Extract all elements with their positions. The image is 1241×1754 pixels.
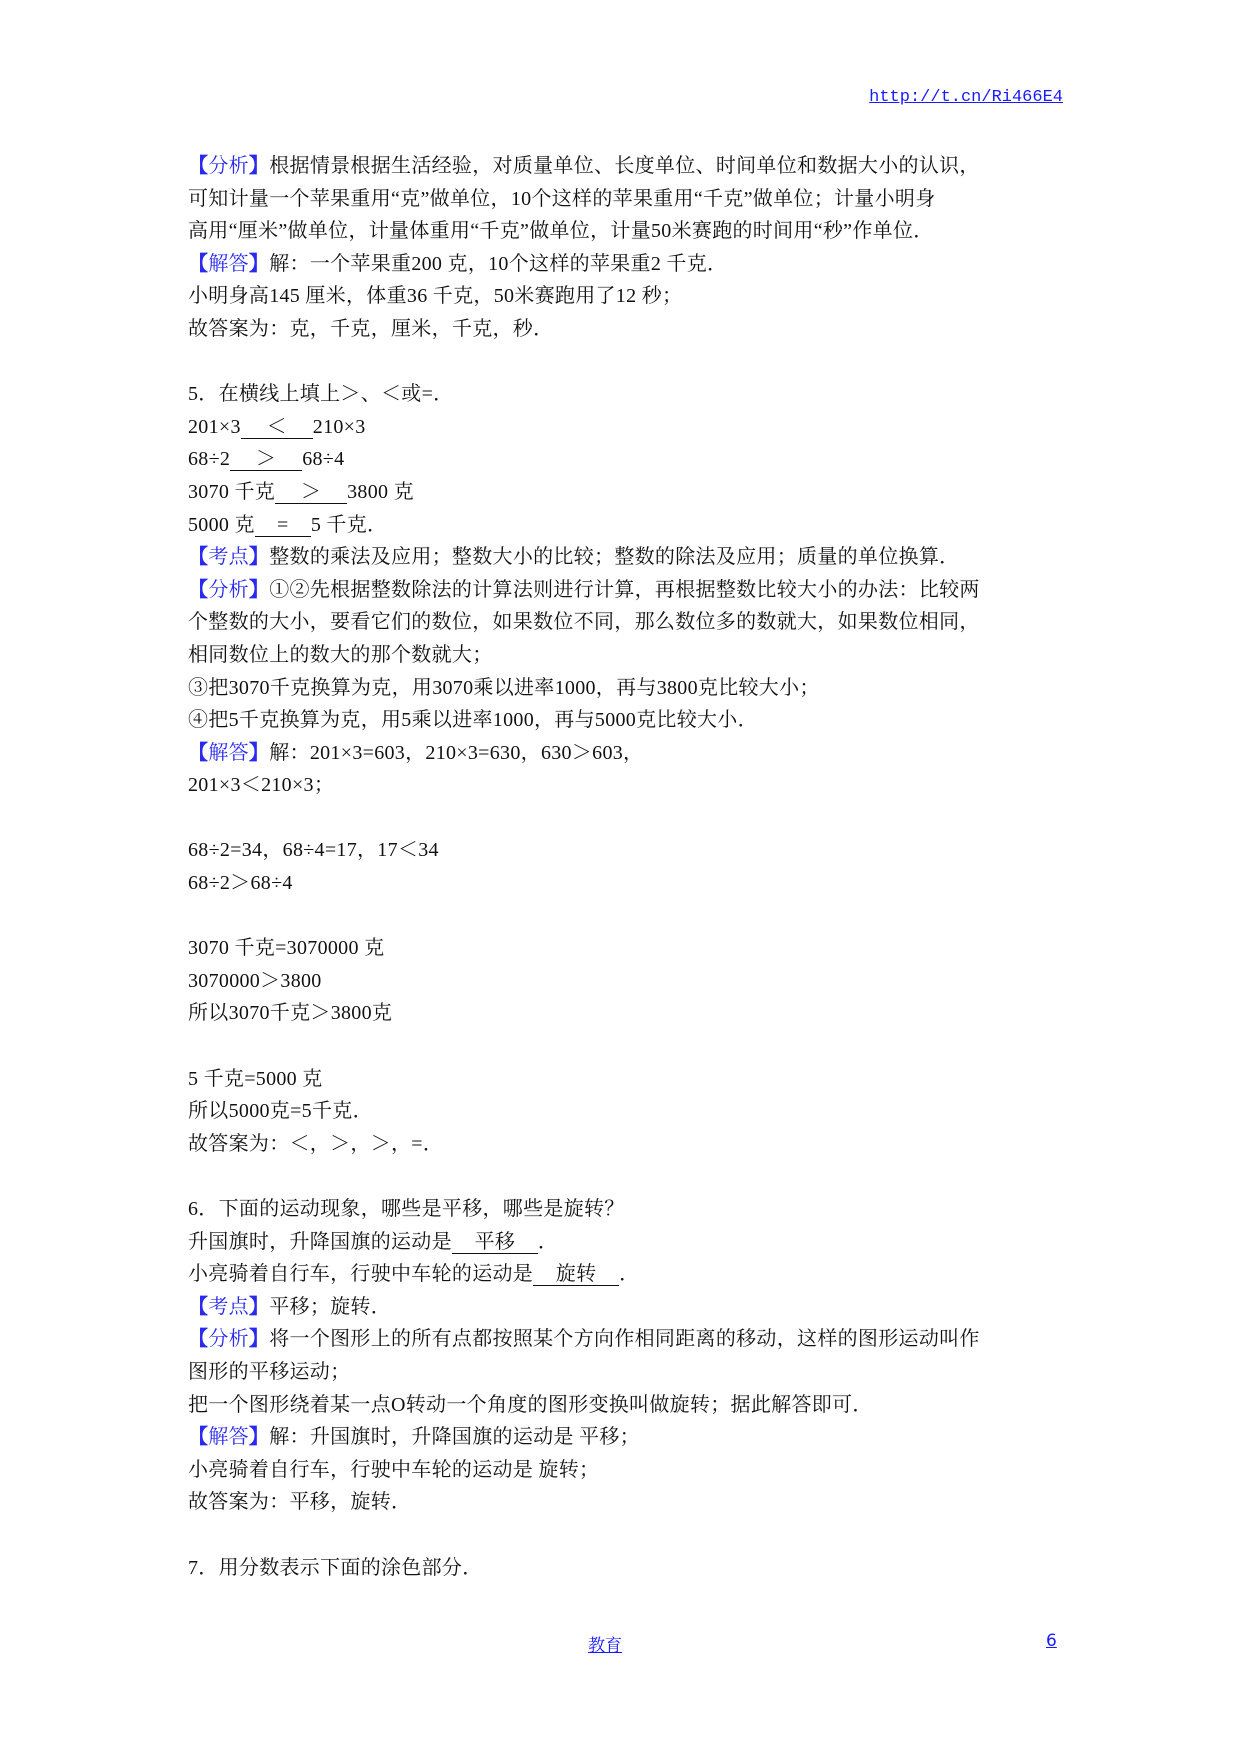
answer-tag: 【解答】 (188, 1426, 269, 1448)
kaodian-tag: 【考点】 (188, 546, 269, 568)
footer-link[interactable]: 教育 (588, 1631, 622, 1656)
q4-answer-line: 【解答】解：一个苹果重200 克，10个这样的苹果重2 千克． (188, 248, 1068, 281)
q5-answer-line: 【解答】解：201×3=603，210×3=630，630＞603， (188, 737, 1068, 770)
fill-blank: ＞ (230, 448, 302, 471)
text-line: 故答案为：平移，旋转． (188, 1486, 1068, 1519)
question-7-title: 7．用分数表示下面的涂色部分． (188, 1552, 1068, 1585)
text-line: 故答案为：克，千克，厘米，千克，秒． (188, 313, 1068, 346)
fill-blank: = (255, 514, 311, 537)
question-6-title: 6．下面的运动现象，哪些是平移，哪些是旋转？ (188, 1193, 1068, 1226)
q5-item: 5000 克=5 千克． (188, 509, 1068, 542)
q6-kaodian-line: 【考点】平移；旋转． (188, 1291, 1068, 1324)
text-line: 可知计量一个苹果重用“克”做单位，10个这样的苹果重用“千克”做单位；计量小明身 (188, 183, 1068, 216)
q6-analysis-line: 【分析】将一个图形上的所有点都按照某个方向作相同距离的移动，这样的图形运动叫作 (188, 1323, 1068, 1356)
question-5-title: 5．在横线上填上＞、＜或=． (188, 378, 1068, 411)
q6-item: 小亮骑着自行车，行驶中车轮的运动是旋转． (188, 1258, 1068, 1291)
page-number[interactable]: 6 (1046, 1631, 1057, 1651)
text-line: 3070000＞3800 (188, 965, 1068, 998)
header-link[interactable]: http://t.cn/Ri466E4 (869, 88, 1063, 107)
fill-blank: 平移 (452, 1231, 538, 1254)
q5-kaodian-line: 【考点】整数的乘法及应用；整数大小的比较；整数的除法及应用；质量的单位换算． (188, 541, 1068, 574)
text-line: 68÷2＞68÷4 (188, 867, 1068, 900)
fill-blank: ＜ (241, 416, 313, 439)
analysis-tag: 【分析】 (188, 579, 269, 601)
q4-analysis-line: 【分析】根据情景根据生活经验，对质量单位、长度单位、时间单位和数据大小的认识， (188, 150, 1068, 183)
text-line: 个整数的大小，要看它们的数位，如果数位不同，那么数位多的数就大，如果数位相同， (188, 606, 1068, 639)
q5-item: 3070 千克＞3800 克 (188, 476, 1068, 509)
document-body: 【分析】根据情景根据生活经验，对质量单位、长度单位、时间单位和数据大小的认识， … (188, 150, 1068, 1584)
kaodian-tag: 【考点】 (188, 1296, 269, 1318)
text-line: 小明身高145 厘米，体重36 千克，50米赛跑用了12 秒； (188, 280, 1068, 313)
answer-tag: 【解答】 (188, 742, 269, 764)
text-line: 所以3070千克＞3800克 (188, 997, 1068, 1030)
text-line: 3070 千克=3070000 克 (188, 932, 1068, 965)
analysis-tag: 【分析】 (188, 1328, 269, 1350)
text-line: 高用“厘米”做单位，计量体重用“千克”做单位，计量50米赛跑的时间用“秒”作单位… (188, 215, 1068, 248)
text-line: 5 千克=5000 克 (188, 1063, 1068, 1096)
text-line: 201×3＜210×3； (188, 769, 1068, 802)
analysis-tag: 【分析】 (188, 155, 269, 177)
fill-blank: ＞ (275, 481, 347, 504)
fill-blank: 旋转 (533, 1263, 619, 1286)
q5-item: 201×3＜210×3 (188, 411, 1068, 444)
text-line: 所以5000克=5千克． (188, 1095, 1068, 1128)
text-line: 68÷2=34，68÷4=17，17＜34 (188, 834, 1068, 867)
text-line: ④把5千克换算为克，用5乘以进率1000，再与5000克比较大小． (188, 704, 1068, 737)
text-line: 把一个图形绕着某一点O转动一个角度的图形变换叫做旋转；据此解答即可． (188, 1389, 1068, 1422)
text-line: 故答案为：＜，＞，＞，=． (188, 1128, 1068, 1161)
q5-analysis-line: 【分析】①②先根据整数除法的计算法则进行计算，再根据整数比较大小的办法：比较两 (188, 574, 1068, 607)
q5-item: 68÷2＞68÷4 (188, 443, 1068, 476)
answer-tag: 【解答】 (188, 253, 269, 275)
q6-answer-line: 【解答】解：升国旗时，升降国旗的运动是 平移； (188, 1421, 1068, 1454)
text-line: 相同数位上的数大的那个数就大； (188, 639, 1068, 672)
q6-item: 升国旗时，升降国旗的运动是平移． (188, 1226, 1068, 1259)
text-line: 小亮骑着自行车，行驶中车轮的运动是 旋转； (188, 1454, 1068, 1487)
text-line: 图形的平移运动； (188, 1356, 1068, 1389)
text-line: ③把3070千克换算为克，用3070乘以进率1000，再与3800克比较大小； (188, 672, 1068, 705)
